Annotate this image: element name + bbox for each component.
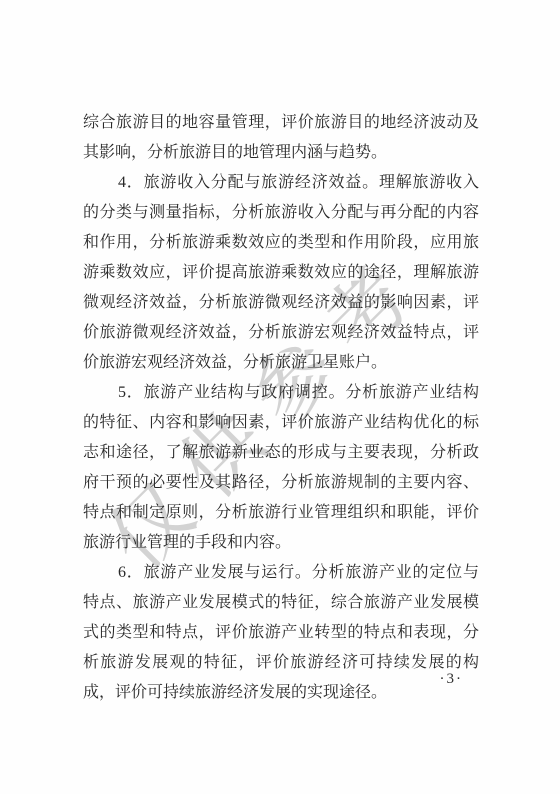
text-line: 旅游行业管理的手段和内容。: [83, 528, 479, 558]
text-line: 综合旅游目的地容量管理，评价旅游目的地经济波动及: [83, 108, 479, 138]
text-line: 4．旅游收入分配与旅游经济效益。理解旅游收入: [83, 168, 479, 198]
text-line: 成，评价可持续旅游经济发展的实现途径。: [83, 678, 479, 708]
text-line: 析旅游发展观的特征，评价旅游经济可持续发展的构: [83, 648, 479, 678]
document-page: 仅供参考 综合旅游目的地容量管理，评价旅游目的地经济波动及其影响，分析旅游目的地…: [0, 0, 560, 794]
text-line: 府干预的必要性及其路径，分析旅游规制的主要内容、: [83, 468, 479, 498]
text-line: 价旅游宏观经济效益，分析旅游卫星账户。: [83, 348, 479, 378]
text-line: 6．旅游产业发展与运行。分析旅游产业的定位与: [83, 558, 479, 588]
text-line: 价旅游微观经济效益，分析旅游宏观经济效益特点，评: [83, 318, 479, 348]
text-line: 的特征、内容和影响因素，评价旅游产业结构优化的标: [83, 408, 479, 438]
body-text-block: 综合旅游目的地容量管理，评价旅游目的地经济波动及其影响，分析旅游目的地管理内涵与…: [83, 108, 479, 708]
text-line: 5．旅游产业结构与政府调控。分析旅游产业结构: [83, 378, 479, 408]
text-line: 特点、旅游产业发展模式的特征，综合旅游产业发展模: [83, 588, 479, 618]
text-line: 和作用，分析旅游乘数效应的类型和作用阶段，应用旅: [83, 228, 479, 258]
text-line: 式的类型和特点，评价旅游产业转型的特点和表现，分: [83, 618, 479, 648]
text-line: 志和途径，了解旅游新业态的形成与主要表现，分析政: [83, 438, 479, 468]
page-number: ·3·: [440, 671, 464, 688]
text-line: 游乘数效应，评价提高旅游乘数效应的途径，理解旅游: [83, 258, 479, 288]
text-line: 的分类与测量指标，分析旅游收入分配与再分配的内容: [83, 198, 479, 228]
text-line: 特点和制定原则，分析旅游行业管理组织和职能，评价: [83, 498, 479, 528]
text-line: 微观经济效益，分析旅游微观经济效益的影响因素，评: [83, 288, 479, 318]
text-line: 其影响，分析旅游目的地管理内涵与趋势。: [83, 138, 479, 168]
